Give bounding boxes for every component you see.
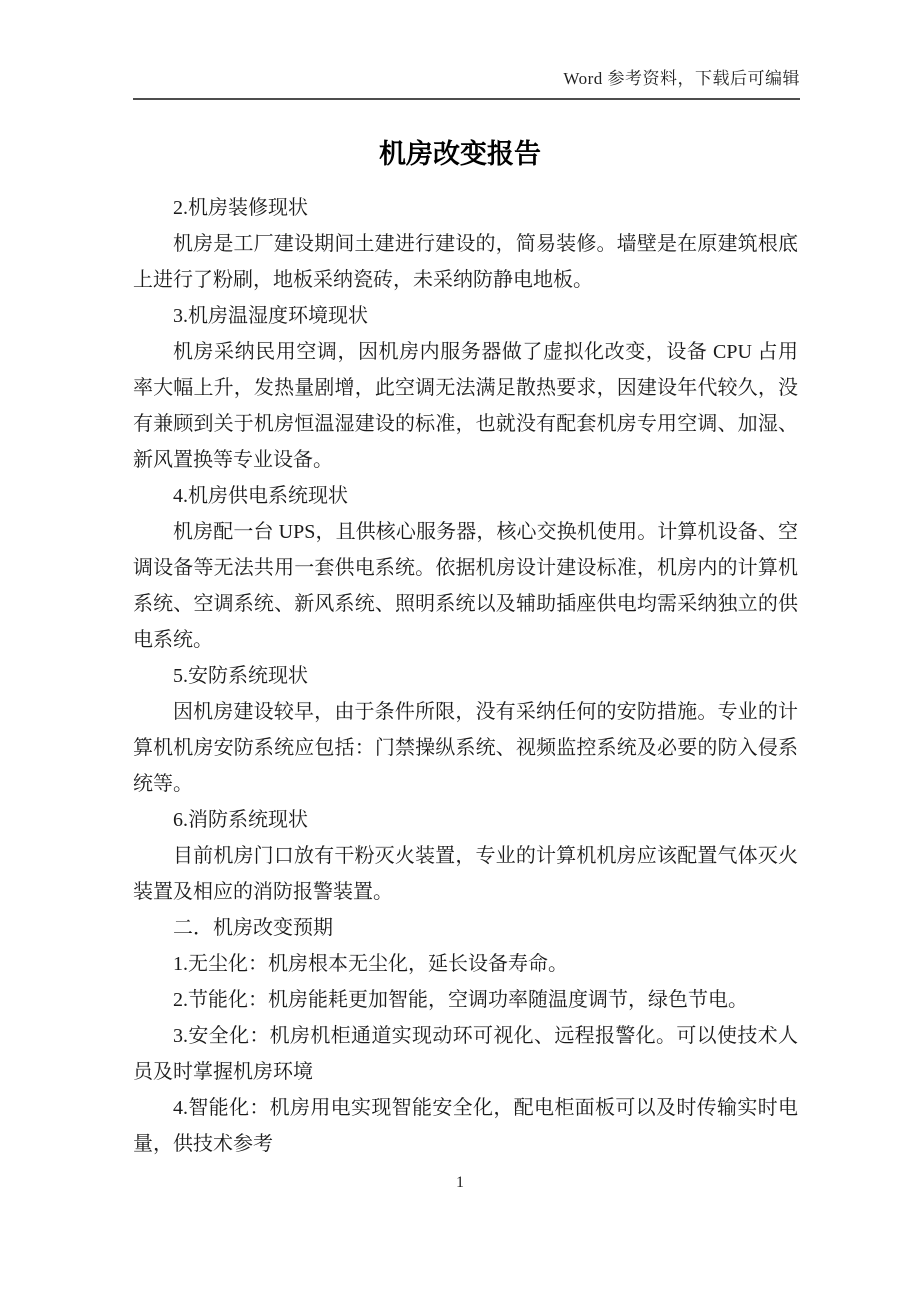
section-heading: 4.机房供电系统现状 [133, 478, 798, 514]
list-item: 1.无尘化：机房根本无尘化，延长设备寿命。 [133, 946, 798, 982]
document-body: 2.机房装修现状 机房是工厂建设期间土建进行建设的，简易装修。墙壁是在原建筑根底… [133, 190, 798, 1162]
document-title: 机房改变报告 [0, 138, 920, 170]
body-paragraph: 机房配一台 UPS，且供核心服务器，核心交换机使用。计算机设备、空调设备等无法共… [133, 514, 798, 658]
section-heading: 6.消防系统现状 [133, 802, 798, 838]
body-paragraph: 因机房建设较早，由于条件所限，没有采纳任何的安防措施。专业的计算机机房安防系统应… [133, 694, 798, 802]
list-item: 4.智能化：机房用电实现智能安全化，配电柜面板可以及时传输实时电量，供技术参考 [133, 1090, 798, 1162]
list-item: 2.节能化：机房能耗更加智能，空调功率随温度调节，绿色节电。 [133, 982, 798, 1018]
section-heading: 2.机房装修现状 [133, 190, 798, 226]
body-paragraph: 机房采纳民用空调，因机房内服务器做了虚拟化改变，设备 CPU 占用率大幅上升，发… [133, 334, 798, 478]
section-heading: 5.安防系统现状 [133, 658, 798, 694]
page-header: Word 参考资料，下载后可编辑 [133, 64, 800, 100]
page-footer: 1 [0, 1174, 920, 1192]
body-paragraph: 目前机房门口放有干粉灭火装置，专业的计算机机房应该配置气体灭火装置及相应的消防报… [133, 838, 798, 910]
section-heading: 3.机房温湿度环境现状 [133, 298, 798, 334]
list-item: 3.安全化：机房机柜通道实现动环可视化、远程报警化。可以使技术人员及时掌握机房环… [133, 1018, 798, 1090]
header-watermark-text: Word 参考资料，下载后可编辑 [563, 69, 800, 88]
section-heading: 二．机房改变预期 [133, 910, 798, 946]
page-number: 1 [456, 1174, 464, 1191]
document-page: Word 参考资料，下载后可编辑 机房改变报告 2.机房装修现状 机房是工厂建设… [0, 0, 920, 1302]
body-paragraph: 机房是工厂建设期间土建进行建设的，简易装修。墙壁是在原建筑根底上进行了粉刷，地板… [133, 226, 798, 298]
